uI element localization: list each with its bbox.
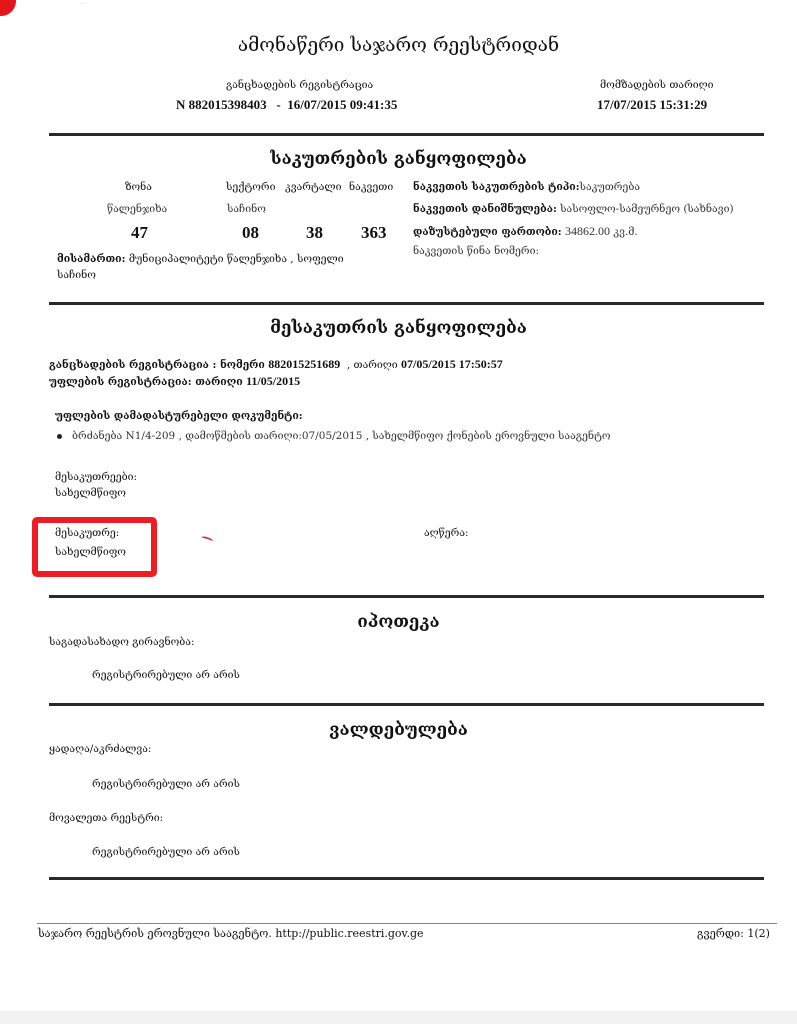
divider [49, 302, 764, 305]
divider [49, 595, 764, 598]
sector-name: საჩინო [227, 203, 266, 215]
documents-label: უფლების დამადასტურებელი დოკუმენტი: [55, 410, 303, 422]
right-registration-row: უფლების რეგისტრაცია: თარიღი 11/05/2015 [49, 374, 300, 389]
right-reg-label: უფლების რეგისტრაცია: თარიღი [49, 376, 243, 388]
footer-page-number: გვერდი: 1(2) [697, 927, 770, 940]
purpose-value: სასოფლო-სამეურნეო (სახნავი) [560, 203, 733, 215]
ownership-type-label: ნაკვეთის საკუთრების ტიპი: [413, 181, 580, 193]
purpose-label: ნაკვეთის დანიშნულება: [413, 203, 557, 215]
application-date-label: , თარიღი [347, 359, 398, 371]
seizure-value: რეგისტრირებული არ არის [92, 778, 240, 790]
owners-label: მესაკუთრეები: [55, 471, 137, 483]
document-title: ამონაწერი საჯარო რეესტრიდან [0, 34, 797, 56]
application-reg-number: 882015251689 [268, 357, 340, 371]
quarter-code: 38 [306, 223, 323, 243]
purpose-row: ნაკვეთის დანიშნულება: სასოფლო-სამეურნეო … [413, 203, 734, 215]
divider [49, 877, 764, 880]
footer-agency: საჯარო რეესტრის ეროვნული სააგენტო. http:… [38, 927, 424, 940]
viewer-bottom-edge [0, 1011, 797, 1024]
owners-value: სახელმწიფო [55, 487, 126, 499]
area-label: დაზუსტებული ფართობი: [413, 226, 562, 238]
zone-name: წალენჯიხა [107, 203, 167, 215]
tax-lien-value: რეგისტრირებული არ არის [92, 669, 240, 681]
owner-section-title: მესაკუთრის განყოფილება [0, 318, 797, 338]
right-reg-date: 11/05/2015 [246, 374, 300, 388]
area-unit: კვ.მ. [613, 226, 637, 238]
red-marker-corner [0, 0, 16, 16]
address-row: მისამართი: მუნიციპალიტეტი წალენჯიხა , სო… [57, 251, 377, 283]
registration-value: N 882015398403 - 16/07/2015 09:41:35 [176, 97, 397, 113]
registration-label: განცხადების რეგისტრაცია [226, 79, 373, 91]
cropped-header-strip: ... [80, 0, 310, 5]
pen-mark [201, 535, 214, 543]
application-date-value: 07/05/2015 17:50:57 [401, 357, 503, 371]
zone-code: 47 [131, 223, 148, 243]
address-label: მისამართი: [57, 253, 125, 265]
obligations-section-title: ვალდებულება [0, 720, 797, 740]
parcel-code: 363 [361, 223, 387, 243]
divider [49, 703, 764, 706]
debtors-label: მოვალეთა რეესტრი: [49, 812, 163, 824]
zone-label: ზონა [125, 181, 152, 193]
sector-code: 08 [242, 223, 259, 243]
application-registration-row: განცხადების რეგისტრაცია : ნომერი 8820152… [49, 357, 503, 372]
owner-value: სახელმწიფო [55, 546, 126, 558]
tax-lien-label: საგადასახადო გირავნობა: [49, 636, 195, 648]
debtors-value: რეგისტრირებული არ არის [92, 846, 240, 858]
footer-divider [37, 923, 777, 924]
area-value: 34862.00 [565, 224, 610, 238]
area-row: დაზუსტებული ფართობი: 34862.00 კვ.მ. [413, 224, 638, 239]
description-label: აღწერა: [424, 527, 469, 539]
prep-date-label: მომზადების თარიღი [600, 79, 714, 91]
prep-date-value: 17/07/2015 15:31:29 [597, 97, 707, 113]
ownership-type-value: საკუთრება [580, 181, 640, 193]
bullet-icon [57, 434, 62, 439]
application-reg-label: განცხადების რეგისტრაცია : ნომერი [49, 359, 265, 371]
sector-label: სექტორი [226, 181, 275, 193]
divider [49, 133, 764, 136]
document-list-item: ბრძანება N1/4-209 , დამოწმების თარიღი:07… [57, 430, 611, 442]
prev-number-label: ნაკვეთის წინა ნომერი: [413, 245, 539, 257]
property-section-title: საკუთრების განყოფილება [0, 149, 797, 169]
mortgage-section-title: იპოთეკა [0, 612, 797, 632]
quarter-label: კვარტალი [285, 181, 342, 193]
owner-label: მესაკუთრე: [55, 527, 119, 539]
ownership-type-row: ნაკვეთის საკუთრების ტიპი:საკუთრება [413, 181, 640, 193]
parcel-label: ნაკვეთი [349, 181, 393, 193]
seizure-label: ყადაღა/აკრძალვა: [49, 743, 151, 755]
document-text: ბრძანება N1/4-209 , დამოწმების თარიღი:07… [72, 430, 611, 442]
